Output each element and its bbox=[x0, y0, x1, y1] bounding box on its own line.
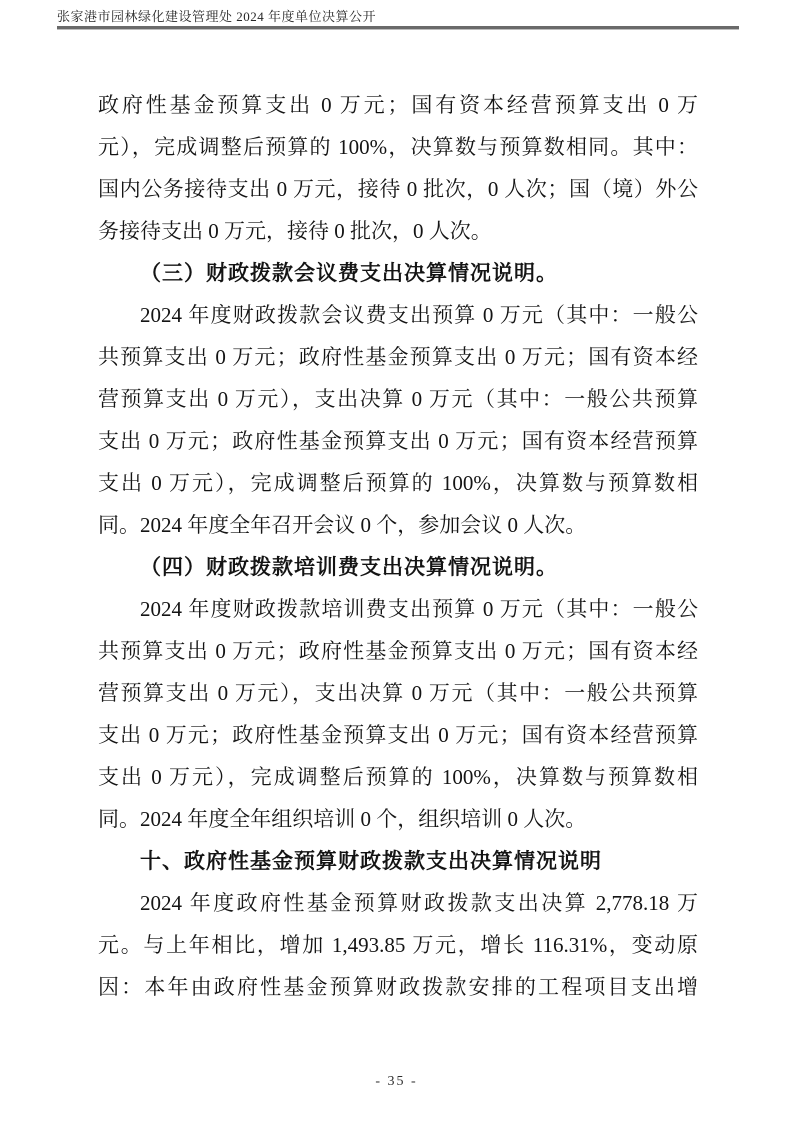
text-line: 务接待支出 0 万元，接待 0 批次，0 人次。 bbox=[98, 210, 698, 252]
text-line: 支出 0 万元；政府性基金预算支出 0 万元；国有资本经营预算 bbox=[98, 420, 698, 462]
document-body: 政府性基金预算支出 0 万元；国有资本经营预算支出 0 万 元），完成调整后预算… bbox=[98, 84, 698, 1008]
text-line: 共预算支出 0 万元；政府性基金预算支出 0 万元；国有资本经 bbox=[98, 630, 698, 672]
text-line: 政府性基金预算支出 0 万元；国有资本经营预算支出 0 万 bbox=[98, 84, 698, 126]
text-line: 国内公务接待支出 0 万元，接待 0 批次，0 人次；国（境）外公 bbox=[98, 168, 698, 210]
document-page: 张家港市园林绿化建设管理处 2024 年度单位决算公开 政府性基金预算支出 0 … bbox=[0, 0, 793, 1122]
text-line: 同。2024 年度全年召开会议 0 个，参加会议 0 人次。 bbox=[98, 504, 698, 546]
text-line: 2024 年度政府性基金预算财政拨款支出决算 2,778.18 万 bbox=[98, 882, 698, 924]
text-line: 支出 0 万元；政府性基金预算支出 0 万元；国有资本经营预算 bbox=[98, 714, 698, 756]
text-line: 元），完成调整后预算的 100%，决算数与预算数相同。其中： bbox=[98, 126, 698, 168]
section-heading-meeting-fee: （三）财政拨款会议费支出决算情况说明。 bbox=[98, 252, 698, 294]
page-number: - 35 - bbox=[0, 1074, 793, 1090]
header-divider-rule bbox=[57, 26, 739, 30]
text-line: 支出 0 万元），完成调整后预算的 100%，决算数与预算数相 bbox=[98, 756, 698, 798]
text-line: 营预算支出 0 万元），支出决算 0 万元（其中：一般公共预算 bbox=[98, 672, 698, 714]
text-line: 2024 年度财政拨款会议费支出预算 0 万元（其中：一般公 bbox=[98, 294, 698, 336]
text-line: 元。与上年相比，增加 1,493.85 万元，增长 116.31%，变动原 bbox=[98, 924, 698, 966]
text-line: 营预算支出 0 万元），支出决算 0 万元（其中：一般公共预算 bbox=[98, 378, 698, 420]
section-heading-training-fee: （四）财政拨款培训费支出决算情况说明。 bbox=[98, 546, 698, 588]
text-line: 支出 0 万元），完成调整后预算的 100%，决算数与预算数相 bbox=[98, 462, 698, 504]
text-line: 因：本年由政府性基金预算财政拨款安排的工程项目支出增 bbox=[98, 966, 698, 1008]
text-line: 2024 年度财政拨款培训费支出预算 0 万元（其中：一般公 bbox=[98, 588, 698, 630]
running-header-title: 张家港市园林绿化建设管理处 2024 年度单位决算公开 bbox=[57, 8, 739, 25]
text-line: 同。2024 年度全年组织培训 0 个，组织培训 0 人次。 bbox=[98, 798, 698, 840]
text-line: 共预算支出 0 万元；政府性基金预算支出 0 万元；国有资本经 bbox=[98, 336, 698, 378]
section-heading-gov-fund-budget: 十、政府性基金预算财政拨款支出决算情况说明 bbox=[98, 840, 698, 882]
